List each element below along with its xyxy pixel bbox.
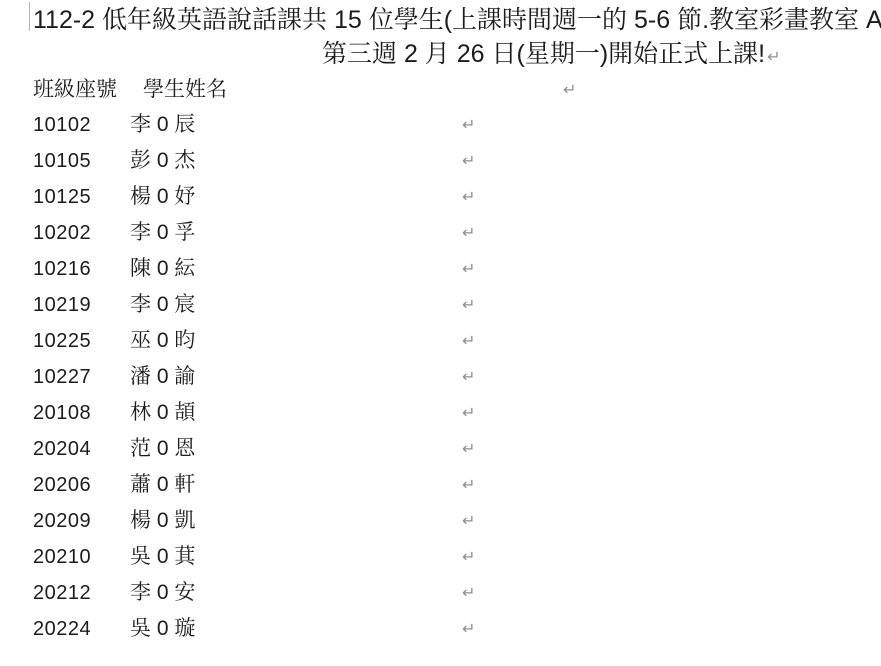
title-line-1: 112-2 低年級英語說話課共 15 位學生(上課時間週一的 5-6 節.教室彩… bbox=[33, 4, 881, 36]
column-header-class-seat-number: 班級座號 bbox=[33, 75, 117, 105]
title-line-2-text: 第三週 2 月 26 日(星期一)開始正式上課! bbox=[322, 40, 765, 68]
student-name: 李 0 安 bbox=[130, 575, 195, 611]
student-row: 10102 李 0 辰 ↵ bbox=[0, 107, 881, 143]
return-mark-icon: ↵ bbox=[462, 395, 475, 431]
student-id: 10202 bbox=[33, 215, 91, 251]
return-mark-icon: ↵ bbox=[462, 575, 475, 611]
student-name: 彭 0 杰 bbox=[130, 143, 195, 179]
student-name: 李 0 宸 bbox=[130, 287, 195, 323]
student-id: 10227 bbox=[33, 359, 91, 395]
student-id: 20206 bbox=[33, 467, 91, 503]
student-row: 10225 巫 0 昀 ↵ bbox=[0, 323, 881, 359]
return-mark-icon: ↵ bbox=[462, 179, 475, 215]
student-row: 20204 范 0 恩 ↵ bbox=[0, 431, 881, 467]
student-row: 10125 楊 0 妤 ↵ bbox=[0, 179, 881, 215]
student-id: 10219 bbox=[33, 287, 91, 323]
return-mark-icon: ↵ bbox=[462, 539, 475, 575]
text-cursor bbox=[29, 2, 30, 31]
return-mark-icon: ↵ bbox=[563, 75, 576, 105]
student-id: 20209 bbox=[33, 503, 91, 539]
student-id: 20108 bbox=[33, 395, 91, 431]
return-mark-icon: ↵ bbox=[462, 431, 475, 467]
student-row: 10227 潘 0 諭 ↵ bbox=[0, 359, 881, 395]
student-id: 20204 bbox=[33, 431, 91, 467]
return-mark-icon: ↵ bbox=[767, 47, 780, 66]
student-name: 蕭 0 軒 bbox=[130, 467, 195, 503]
return-mark-icon: ↵ bbox=[462, 107, 475, 143]
student-row: 10219 李 0 宸 ↵ bbox=[0, 287, 881, 323]
student-row: 10216 陳 0 紜 ↵ bbox=[0, 251, 881, 287]
column-header-student-name: 學生姓名 bbox=[143, 75, 227, 105]
student-id: 10102 bbox=[33, 107, 91, 143]
return-mark-icon: ↵ bbox=[462, 143, 475, 179]
return-mark-icon: ↵ bbox=[462, 467, 475, 503]
student-name: 吳 0 璇 bbox=[130, 611, 195, 647]
student-row: 20209 楊 0 凱 ↵ bbox=[0, 503, 881, 539]
student-row: 20206 蕭 0 軒 ↵ bbox=[0, 467, 881, 503]
return-mark-icon: ↵ bbox=[462, 611, 475, 647]
student-row: 20108 林 0 頡 ↵ bbox=[0, 395, 881, 431]
table-header-row: 班級座號 學生姓名 ↵ bbox=[0, 75, 881, 105]
student-id: 20212 bbox=[33, 575, 91, 611]
title-line-2: 第三週 2 月 26 日(星期一)開始正式上課!↵ bbox=[322, 38, 781, 73]
student-name: 陳 0 紜 bbox=[130, 251, 195, 287]
return-mark-icon: ↵ bbox=[462, 215, 475, 251]
return-mark-icon: ↵ bbox=[462, 503, 475, 539]
student-name: 范 0 恩 bbox=[130, 431, 195, 467]
student-id: 10105 bbox=[33, 143, 91, 179]
student-id: 10125 bbox=[33, 179, 91, 215]
student-id: 20224 bbox=[33, 611, 91, 647]
student-name: 李 0 孚 bbox=[130, 215, 195, 251]
student-row: 20212 李 0 安 ↵ bbox=[0, 575, 881, 611]
document-page: 112-2 低年級英語說話課共 15 位學生(上課時間週一的 5-6 節.教室彩… bbox=[0, 0, 881, 666]
student-id: 10216 bbox=[33, 251, 91, 287]
student-row: 10202 李 0 孚 ↵ bbox=[0, 215, 881, 251]
student-row: 20210 吳 0 萁 ↵ bbox=[0, 539, 881, 575]
student-list: 10102 李 0 辰 ↵ 10105 彭 0 杰 ↵ 10125 楊 0 妤 … bbox=[0, 107, 881, 647]
student-name: 巫 0 昀 bbox=[130, 323, 195, 359]
student-name: 潘 0 諭 bbox=[130, 359, 195, 395]
return-mark-icon: ↵ bbox=[462, 359, 475, 395]
student-row: 20224 吳 0 璇 ↵ bbox=[0, 611, 881, 647]
return-mark-icon: ↵ bbox=[462, 323, 475, 359]
student-id: 10225 bbox=[33, 323, 91, 359]
return-mark-icon: ↵ bbox=[462, 251, 475, 287]
student-name: 楊 0 凱 bbox=[130, 503, 195, 539]
return-mark-icon: ↵ bbox=[462, 287, 475, 323]
student-name: 吳 0 萁 bbox=[130, 539, 195, 575]
student-name: 李 0 辰 bbox=[130, 107, 195, 143]
student-name: 楊 0 妤 bbox=[130, 179, 195, 215]
student-id: 20210 bbox=[33, 539, 91, 575]
student-row: 10105 彭 0 杰 ↵ bbox=[0, 143, 881, 179]
student-name: 林 0 頡 bbox=[130, 395, 195, 431]
